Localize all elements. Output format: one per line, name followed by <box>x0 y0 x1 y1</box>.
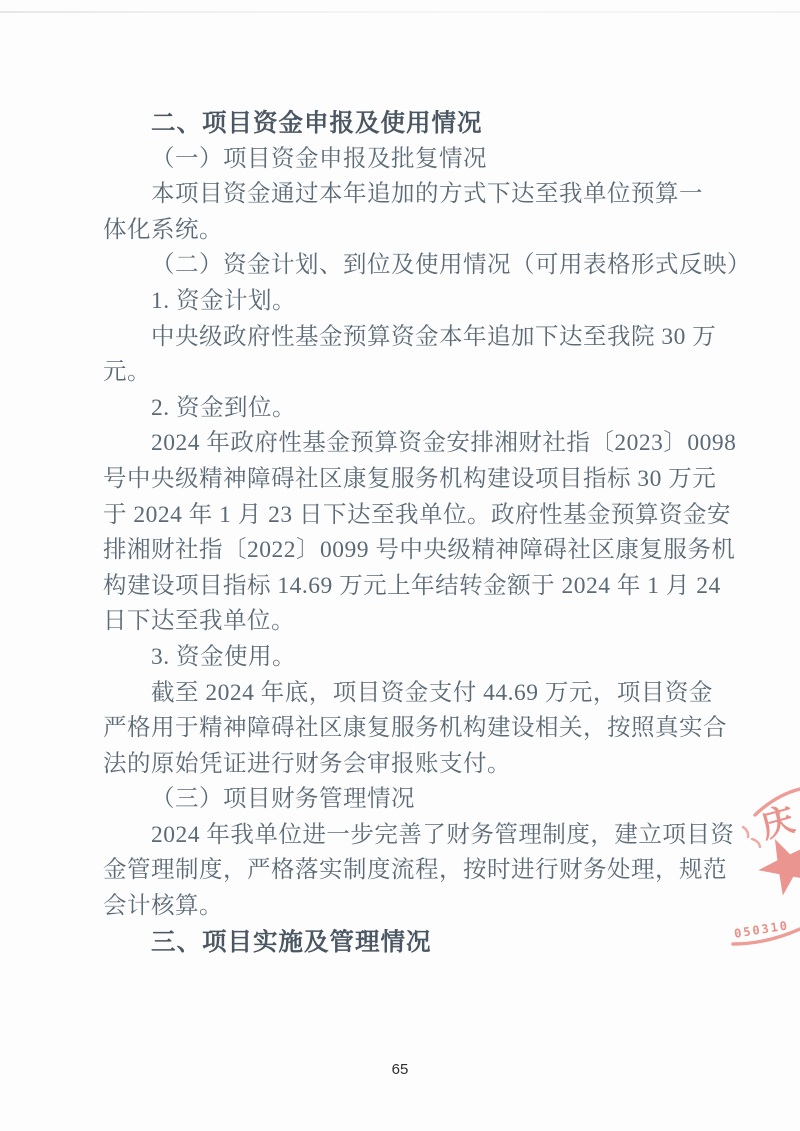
official-seal-stamp: 庆 050310 <box>730 778 800 956</box>
text-line: 构建设项目指标 14.69 万元上年结转金额于 2024 年 1 月 24 <box>103 569 695 605</box>
text-line: 会计核算。 <box>103 889 695 925</box>
text-line: 日下达至我单位。 <box>103 604 695 640</box>
text-line: 号中央级精神障碍社区康复服务机构建设项目指标 30 万元 <box>103 462 695 498</box>
seal-star-icon <box>758 839 800 896</box>
text-line: （二）资金计划、到位及使用情况（可用表格形式反映） <box>103 248 695 284</box>
text-line: 2024 年我单位进一步完善了财务管理制度，建立项目资 <box>103 818 695 854</box>
text-line: 法的原始凭证进行财务会审报账支付。 <box>103 747 695 783</box>
seal-character-fragment <box>743 827 760 847</box>
text-line: 于 2024 年 1 月 23 日下达至我单位。政府性基金预算资金安 <box>103 498 695 534</box>
text-line: 金管理制度，严格落实制度流程，按时进行财务处理，规范 <box>103 853 695 889</box>
text-line: 2024 年政府性基金预算资金安排湘财社指〔2023〕0098 <box>103 426 695 462</box>
text-line: 中央级政府性基金预算资金本年追加下达至我院 30 万 <box>103 320 695 356</box>
text-line: （三）项目财务管理情况 <box>103 782 695 818</box>
document-body: 二、项目资金申报及使用情况（一）项目资金申报及批复情况本项目资金通过本年追加的方… <box>103 106 695 960</box>
text-line: 截至 2024 年底，项目资金支付 44.69 万元，项目资金 <box>103 676 695 712</box>
section-heading: 三、项目实施及管理情况 <box>103 925 695 961</box>
section-heading: 二、项目资金申报及使用情况 <box>103 106 695 142</box>
text-line: 元。 <box>103 355 695 391</box>
page-number: 65 <box>0 1061 800 1078</box>
document-page: 二、项目资金申报及使用情况（一）项目资金申报及批复情况本项目资金通过本年追加的方… <box>0 0 800 1131</box>
text-line: 1. 资金计划。 <box>103 284 695 320</box>
text-line: 2. 资金到位。 <box>103 391 695 427</box>
text-line: 体化系统。 <box>103 213 695 249</box>
text-line: 本项目资金通过本年追加的方式下达至我单位预算一 <box>103 177 695 213</box>
text-line: 严格用于精神障碍社区康复服务机构建设相关，按照真实合 <box>103 711 695 747</box>
scan-artifact-line <box>0 11 800 13</box>
text-line: 排湘财社指〔2022〕0099 号中央级精神障碍社区康复服务机 <box>103 533 695 569</box>
text-line: （一）项目资金申报及批复情况 <box>103 142 695 178</box>
text-line: 3. 资金使用。 <box>103 640 695 676</box>
